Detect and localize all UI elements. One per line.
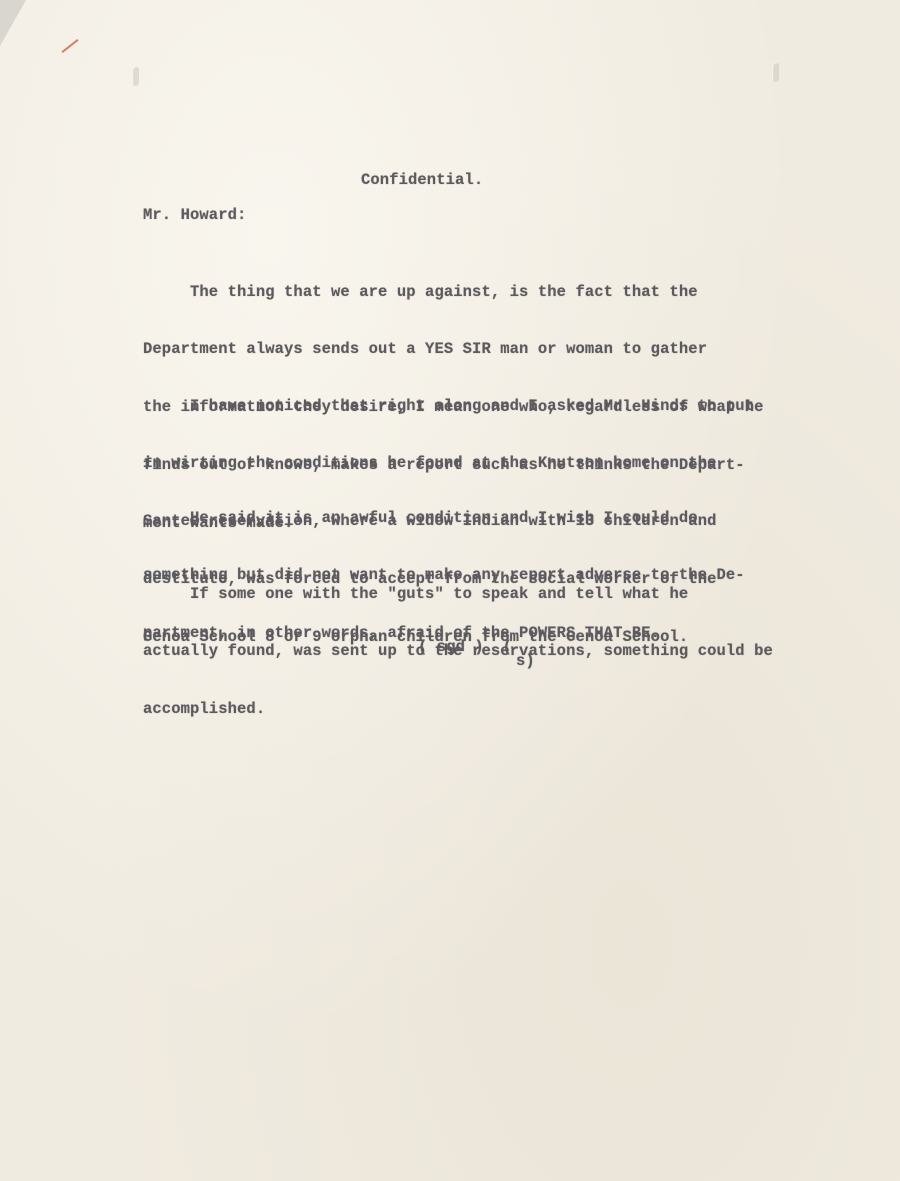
text-line: If some one with the "guts" to speak and… bbox=[143, 585, 773, 604]
folded-corner bbox=[0, 0, 26, 46]
staple-mark bbox=[62, 39, 79, 53]
paper-indent-mark bbox=[772, 62, 779, 82]
signature-line: ( sgd ) ( bbox=[418, 638, 512, 657]
text-line: I have noticed that right along and I as… bbox=[143, 397, 754, 416]
paper-indent-mark bbox=[132, 66, 139, 86]
text-line: He said it is an awful condition and I w… bbox=[143, 509, 745, 528]
document-title: Confidential. bbox=[361, 171, 483, 190]
salutation: Mr. Howard: bbox=[143, 206, 246, 225]
signature-subscript: s) bbox=[516, 652, 535, 671]
text-line: The thing that we are up against, is the… bbox=[143, 283, 764, 302]
text-line: Department always sends out a YES SIR ma… bbox=[143, 340, 764, 359]
text-line: accomplished. bbox=[143, 700, 773, 719]
typewritten-letter-page: Confidential. Mr. Howard: The thing that… bbox=[0, 0, 900, 1181]
